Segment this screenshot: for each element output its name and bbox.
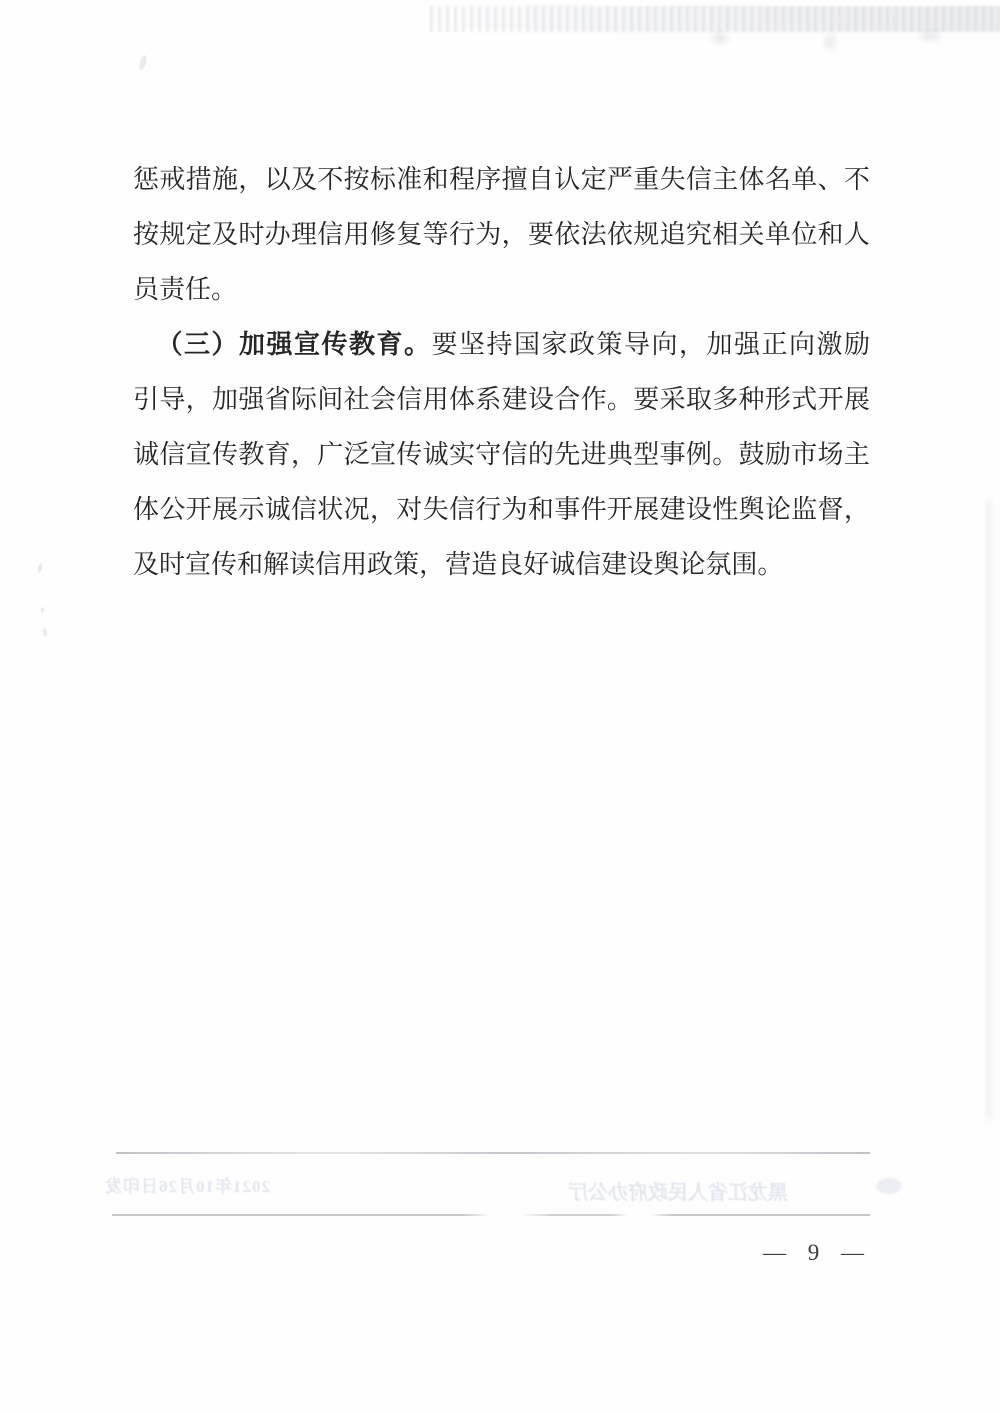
text-line: 体公开展示诚信状况，对失信行为和事件开展建设性舆论监督， bbox=[133, 482, 870, 537]
document-page: 惩戒措施，以及不按标准和程序擅自认定严重失信主体名单、不按规定及时办理信用修复等… bbox=[0, 0, 1000, 1413]
bleedthrough-print-date: 2021年10月26日印发 bbox=[138, 1172, 270, 1197]
bleedthrough-rule-top bbox=[116, 1152, 870, 1154]
text-line: （三）加强宣传教育。要坚持国家政策导向，加强正向激励 bbox=[133, 317, 870, 372]
scan-speck bbox=[37, 563, 43, 574]
scan-speck bbox=[41, 607, 44, 613]
bleedthrough-smudge bbox=[876, 1178, 902, 1194]
page-number: — 9 — bbox=[763, 1240, 866, 1266]
scan-speck bbox=[42, 628, 47, 637]
text-line: 及时宣传和解读信用政策，营造良好诚信建设舆论氛围。 bbox=[133, 537, 870, 592]
text-line: 诚信宣传教育，广泛宣传诚实守信的先进典型事例。鼓励市场主 bbox=[133, 427, 870, 482]
text-line: 惩戒措施，以及不按标准和程序擅自认定严重失信主体名单、不 bbox=[133, 152, 870, 207]
text-line: 员责任。 bbox=[133, 262, 870, 317]
scan-noise-blobs bbox=[600, 28, 1000, 68]
bleedthrough-print-org: 黑龙江省人民政府办公厅 bbox=[570, 1176, 788, 1205]
text-line: 按规定及时办理信用修复等行为，要依法依规追究相关单位和人 bbox=[133, 207, 870, 262]
scan-speck bbox=[138, 54, 148, 70]
document-text: 惩戒措施，以及不按标准和程序擅自认定严重失信主体名单、不按规定及时办理信用修复等… bbox=[133, 152, 870, 592]
bleedthrough-rule-bottom bbox=[112, 1214, 870, 1216]
scan-edge-streak bbox=[986, 500, 992, 1120]
text-line: 引导，加强省际间社会信用体系建设合作。要采取多种形式开展 bbox=[133, 372, 870, 427]
